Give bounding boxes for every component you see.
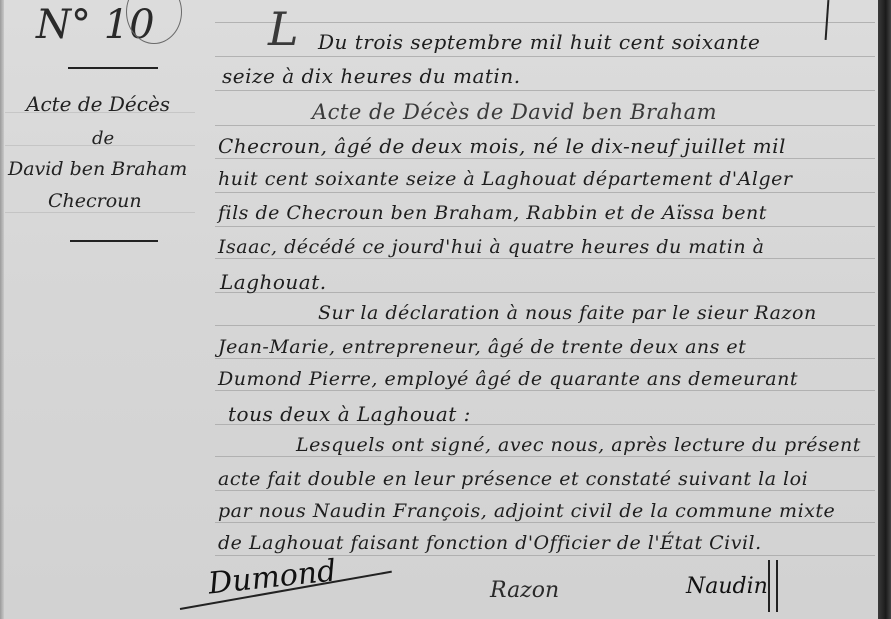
ruled-line [215,90,875,91]
body-line-12: tous deux à Laghouat : [228,402,471,426]
body-line-7: Isaac, décédé ce jourd'hui à quatre heur… [218,236,764,258]
signature-dumond: Dumond [207,553,338,601]
ruled-line [215,226,875,227]
ruled-line [215,325,875,326]
ruled-line [215,258,875,259]
body-line-4: Checroun, âgé de deux mois, né le dix-ne… [218,134,786,158]
pen-stroke [825,0,830,40]
ruled-line [215,22,875,23]
body-line-5: huit cent soixante seize à Laghouat dépa… [218,168,792,190]
register-page: N° 10 Acte de Décès de David ben Braham … [0,0,878,619]
signature-naudin: Naudin [686,574,768,599]
ruled-line [215,56,875,57]
ruled-line [215,390,875,391]
margin-heading-line-3: David ben Braham [8,158,187,180]
page-left-edge [0,0,4,619]
ruled-line [215,456,875,457]
body-line-9: Sur la déclaration à nous faite par le s… [318,302,817,324]
margin-divider-bottom [70,240,158,242]
margin-heading-line-1: Acte de Décès [26,92,170,116]
ruled-line [215,158,875,159]
decorative-initial: L [268,2,299,56]
signature-naudin-paraph [768,560,770,612]
body-line-13: Lesquels ont signé, avec nous, après lec… [296,434,861,456]
body-line-15: par nous Naudin François, adjoint civil … [218,500,835,522]
body-line-2: seize à dix heures du matin. [222,64,521,88]
body-line-3: Acte de Décès de David ben Braham [312,100,717,124]
body-line-8: Laghouat. [220,270,327,294]
body-line-11: Dumond Pierre, employé âgé de quarante a… [218,368,798,390]
margin-heading-line-4: Checroun [48,190,142,212]
body-line-1: Du trois septembre mil huit cent soixant… [318,30,760,54]
signature-razon: Razon [490,578,559,603]
ruled-line [215,192,875,193]
margin-divider-top [68,67,158,69]
body-line-10: Jean-Marie, entrepreneur, âgé de trente … [218,336,746,358]
ruled-line [215,358,875,359]
ruled-line [215,522,875,523]
ruled-line [215,490,875,491]
body-line-16: de Laghouat faisant fonction d'Officier … [218,532,762,554]
body-line-6: fils de Checroun ben Braham, Rabbin et d… [218,202,767,224]
body-line-14: acte fait double en leur présence et con… [218,468,808,490]
margin-heading-line-2: de [92,128,114,149]
margin-ruled-line [5,212,195,213]
binding-edge [878,0,891,619]
signature-naudin-paraph [776,560,778,612]
ruled-line [215,125,875,126]
